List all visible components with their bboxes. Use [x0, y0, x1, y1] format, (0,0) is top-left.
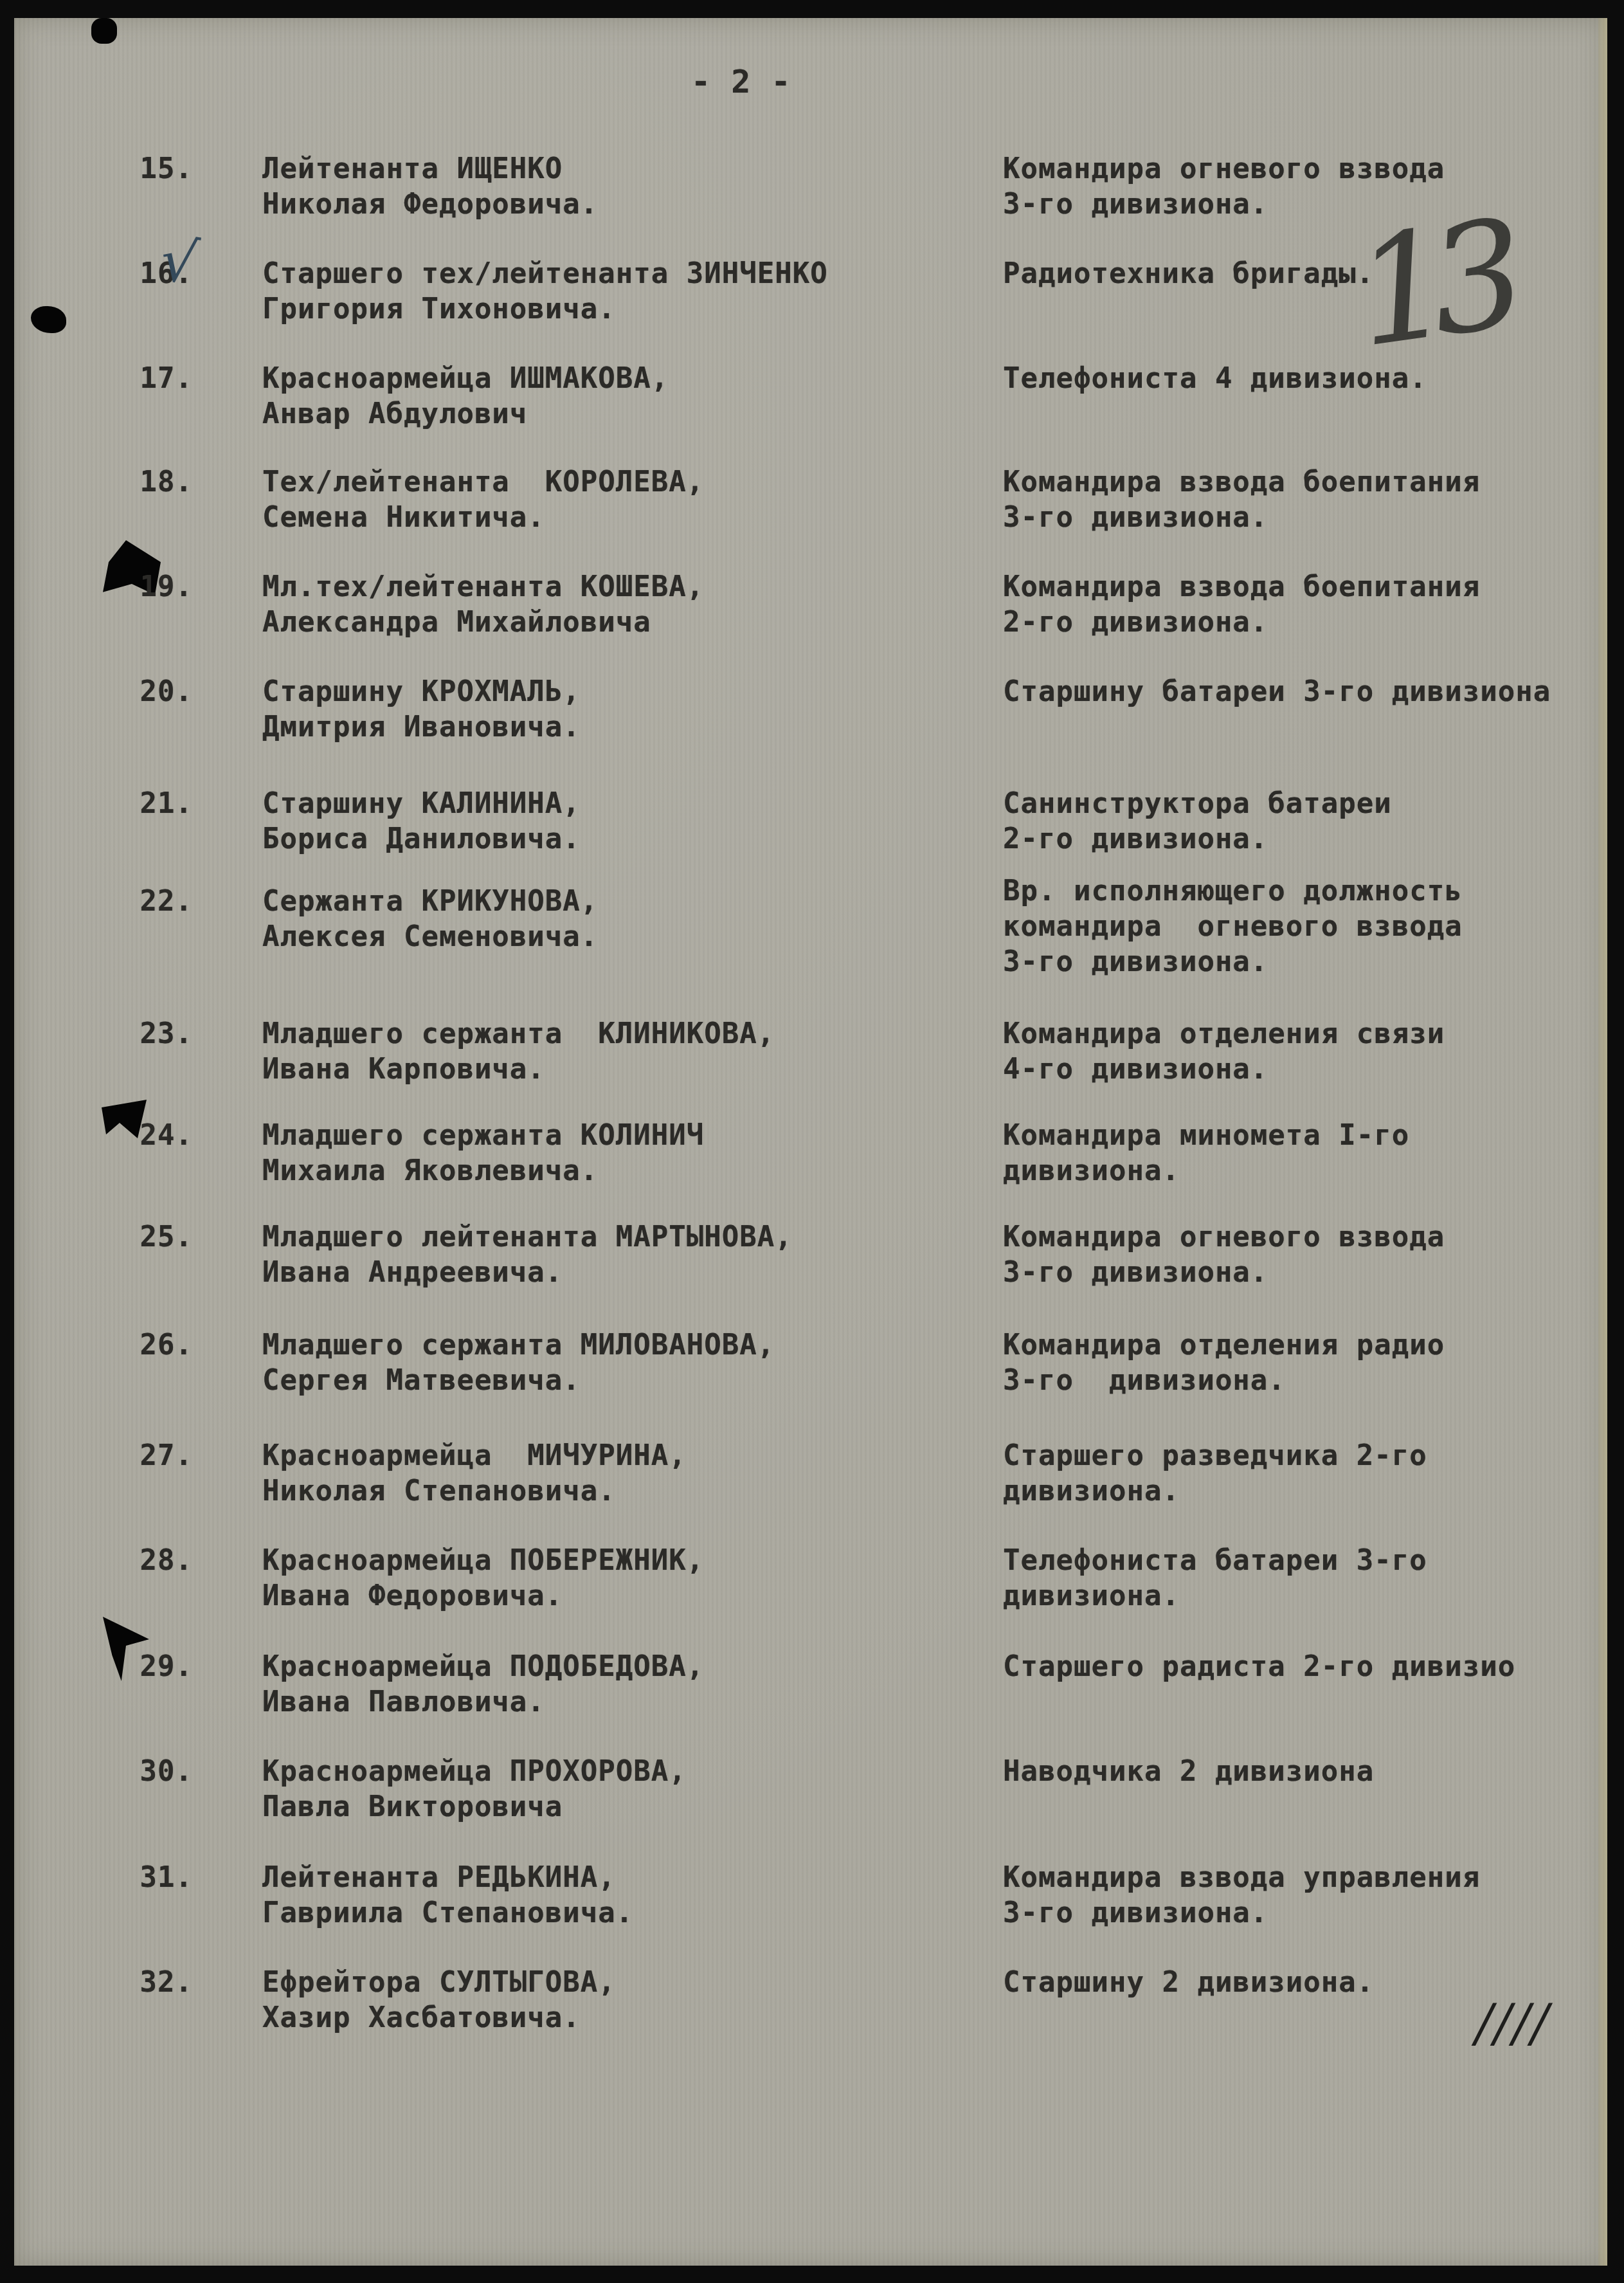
tally-marks: //// — [1475, 1994, 1550, 2053]
entry-number: 25. — [122, 1219, 193, 1255]
entry-given-names: Алексея Семеновича. — [262, 919, 598, 954]
entry-rank-surname: Старшину КАЛИНИНА, — [262, 786, 581, 821]
paper-damage-hole — [31, 306, 66, 333]
entry-rank-surname: Красноармейца ПРОХОРОВА, — [262, 1754, 687, 1789]
page-number: - 2 - — [691, 64, 791, 100]
entry-given-names: Николая Степановича. — [262, 1473, 616, 1509]
entry-number: 19. — [122, 569, 193, 605]
entry-position: 3-го дивизиона. — [1003, 1255, 1268, 1290]
entry-position: Старшину батареи 3-го дивизиона — [1003, 674, 1551, 709]
entry-rank-surname: Старшего тех/лейтенанта ЗИНЧЕНКО — [262, 256, 828, 291]
entry-position: 3-го дивизиона. — [1003, 944, 1268, 979]
entry-rank-surname: Мл.тех/лейтенанта КОШЕВА, — [262, 569, 704, 605]
entry-number: 26. — [122, 1327, 193, 1363]
entry-rank-surname: Лейтенанта ИЩЕНКО — [262, 151, 563, 186]
entry-number: 24. — [122, 1118, 193, 1153]
entry-rank-surname: Ефрейтора СУЛТЫГОВА, — [262, 1965, 616, 2000]
entry-number: 20. — [122, 674, 193, 709]
entry-position: дивизиона. — [1003, 1153, 1180, 1188]
entry-position: Телефониста 4 дивизиона. — [1003, 361, 1427, 396]
entry-position: 4-го дивизиона. — [1003, 1051, 1268, 1087]
entry-rank-surname: Младшего сержанта КОЛИНИЧ — [262, 1118, 704, 1153]
entry-rank-surname: Красноармейца ПОДОБЕДОВА, — [262, 1649, 704, 1684]
entry-rank-surname: Младшего сержанта МИЛОВАНОВА, — [262, 1327, 775, 1363]
entry-number: 27. — [122, 1438, 193, 1473]
entry-position: командира огневого взвода — [1003, 909, 1463, 944]
entry-given-names: Дмитрия Ивановича. — [262, 709, 581, 745]
entry-number: 29. — [122, 1649, 193, 1684]
entry-rank-surname: Лейтенанта РЕДЬКИНА, — [262, 1860, 616, 1895]
entry-rank-surname: Тех/лейтенанта КОРОЛЕВА, — [262, 464, 704, 500]
entry-position: Командира взвода боепитания — [1003, 569, 1480, 605]
entry-position: Санинструктора батареи — [1003, 786, 1392, 821]
entry-position: Вр. исполняющего должность — [1003, 873, 1463, 909]
entry-position: Командира миномета I-го — [1003, 1118, 1409, 1153]
entry-position: Старшего радиста 2-го дивизио — [1003, 1649, 1515, 1684]
entry-given-names: Николая Федоровича. — [262, 186, 598, 222]
entry-rank-surname: Сержанта КРИКУНОВА, — [262, 884, 598, 919]
entry-position: Старшину 2 дивизиона. — [1003, 1965, 1374, 2000]
entry-position: Телефониста батареи 3-го — [1003, 1543, 1427, 1578]
entry-given-names: Ивана Карповича. — [262, 1051, 545, 1087]
handwritten-number: 13 — [1346, 190, 1518, 381]
entry-position: дивизиона. — [1003, 1578, 1180, 1614]
entry-given-names: Гавриила Степановича. — [262, 1895, 633, 1931]
entry-given-names: Павла Викторовича — [262, 1789, 563, 1824]
entry-number: 23. — [122, 1016, 193, 1051]
entry-number: 17. — [122, 361, 193, 396]
entry-number: 31. — [122, 1860, 193, 1895]
entry-position: дивизиона. — [1003, 1473, 1180, 1509]
entry-position: Радиотехника бригады. — [1003, 256, 1374, 291]
entry-number: 30. — [122, 1754, 193, 1789]
entry-given-names: Григория Тихоновича. — [262, 291, 616, 327]
entry-given-names: Сергея Матвеевича. — [262, 1363, 581, 1398]
entry-number: 22. — [122, 884, 193, 919]
entry-given-names: Бориса Даниловича. — [262, 821, 581, 857]
entry-rank-surname: Красноармейца ИШМАКОВА, — [262, 361, 669, 396]
entry-position: Командира взвода управления — [1003, 1860, 1480, 1895]
entry-given-names: Ивана Федоровича. — [262, 1578, 563, 1614]
entry-position: Командира огневого взвода — [1003, 1219, 1445, 1255]
entry-position: 3-го дивизиона. — [1003, 500, 1268, 535]
entry-number: 15. — [122, 151, 193, 186]
entry-position: 3-го дивизиона. — [1003, 1895, 1268, 1931]
entry-number: 18. — [122, 464, 193, 500]
entry-given-names: Анвар Абдулович — [262, 396, 527, 432]
entry-position: 3-го дивизиона. — [1003, 186, 1268, 222]
paper-damage-hole — [91, 18, 117, 44]
entry-position: Командира отделения радио — [1003, 1327, 1445, 1363]
entry-position: 3-го дивизиона. — [1003, 1363, 1286, 1398]
entry-rank-surname: Младшего сержанта КЛИНИКОВА, — [262, 1016, 775, 1051]
entry-rank-surname: Красноармейца ПОБЕРЕЖНИК, — [262, 1543, 704, 1578]
entry-given-names: Михаила Яковлевича. — [262, 1153, 598, 1188]
entry-given-names: Александра Михайловича — [262, 605, 651, 640]
entry-number: 21. — [122, 786, 193, 821]
entry-number: 32. — [122, 1965, 193, 2000]
entry-number: 28. — [122, 1543, 193, 1578]
entry-position: 2-го дивизиона. — [1003, 605, 1268, 640]
entry-given-names: Семена Никитича. — [262, 500, 545, 535]
entry-position: Командира отделения связи — [1003, 1016, 1445, 1051]
entry-rank-surname: Младшего лейтенанта МАРТЫНОВА, — [262, 1219, 793, 1255]
entry-position: Наводчика 2 дивизиона — [1003, 1754, 1374, 1789]
entry-position: 2-го дивизиона. — [1003, 821, 1268, 857]
entry-position: Старшего разведчика 2-го — [1003, 1438, 1427, 1473]
entry-rank-surname: Старшину КРОХМАЛЬ, — [262, 674, 581, 709]
entry-position: Командира огневого взвода — [1003, 151, 1445, 186]
entry-rank-surname: Красноармейца МИЧУРИНА, — [262, 1438, 687, 1473]
entry-position: Командира взвода боепитания — [1003, 464, 1480, 500]
entry-given-names: Хазир Хасбатовича. — [262, 2000, 581, 2035]
entry-given-names: Ивана Андреевича. — [262, 1255, 563, 1290]
entry-given-names: Ивана Павловича. — [262, 1684, 545, 1720]
